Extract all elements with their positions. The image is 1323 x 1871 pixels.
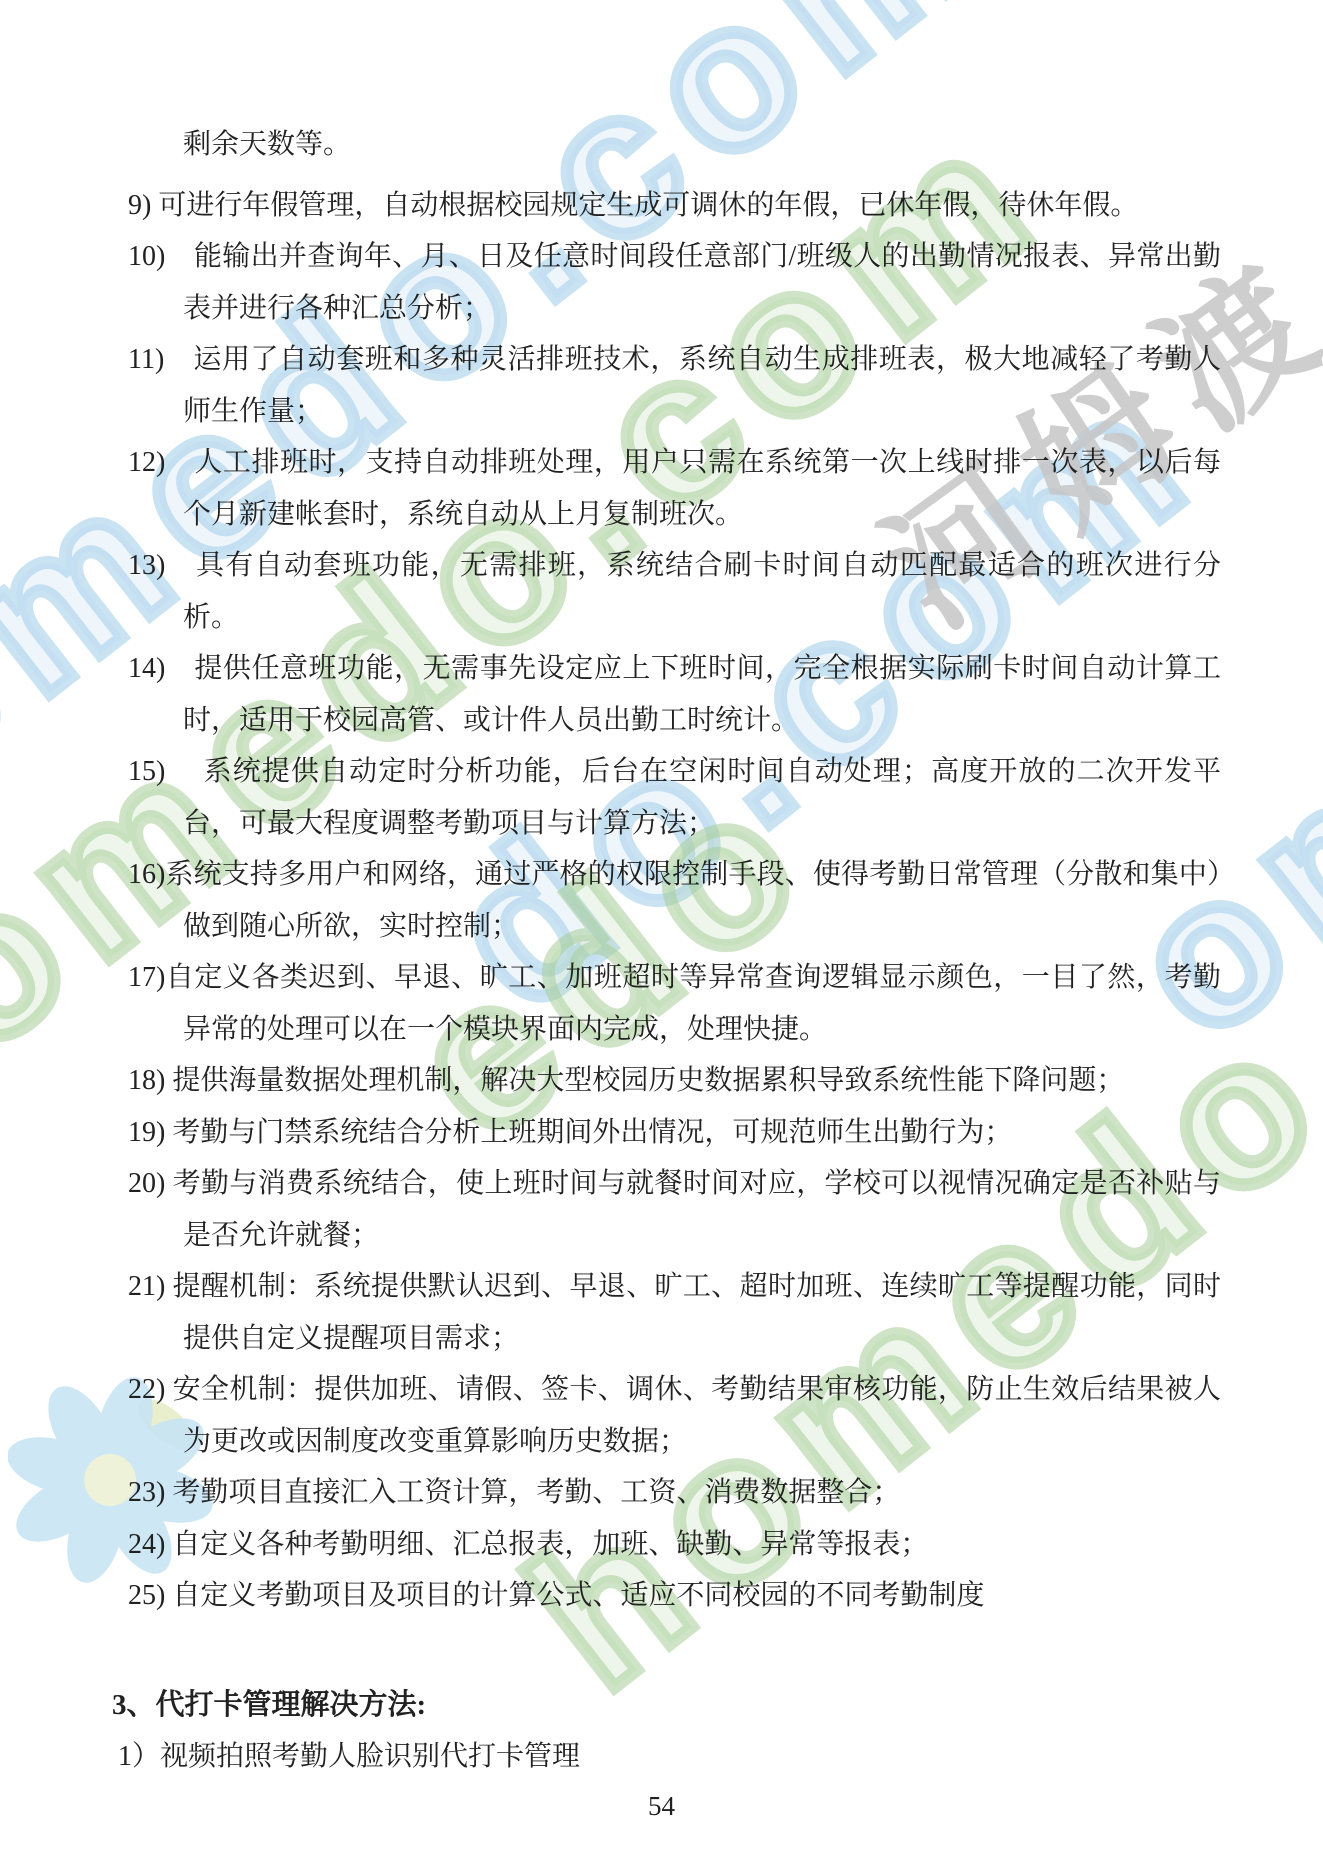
list-item-25: 25) 自定义考勤项目及项目的计算公式、适应不同校园的不同考勤制度: [103, 1570, 1221, 1622]
list-item-23: 23) 考勤项目直接汇入工资计算，考勤、工资、消费数据整合；: [103, 1467, 1221, 1519]
list-item-12: 12) 人工排班时，支持自动排班处理，用户只需在系统第一次上线时排一次表，以后每…: [103, 437, 1221, 540]
list-item-20: 20) 考勤与消费系统结合，使上班时间与就餐时间对应，学校可以视情况确定是否补贴…: [103, 1158, 1221, 1261]
document-page: homedo.com homedo.com do.com edo om home…: [0, 0, 1323, 1871]
document-body: 剩余天数等。 9) 可进行年假管理，自动根据校园规定生成可调休的年假，已休年假，…: [103, 119, 1221, 1783]
list-item-24: 24) 自定义各种考勤明细、汇总报表，加班、缺勤、异常等报表；: [103, 1519, 1221, 1571]
list-item-10: 10) 能输出并查询年、月、日及任意时间段任意部门/班级人的出勤情况报表、异常出…: [103, 231, 1221, 334]
list-item-19: 19) 考勤与门禁系统结合分析上班期间外出情况，可规范师生出勤行为；: [103, 1107, 1221, 1159]
section-heading: 3、代打卡管理解决方法:: [103, 1680, 1221, 1732]
list-item-22: 22) 安全机制：提供加班、请假、签卡、调休、考勤结果审核功能，防止生效后结果被…: [103, 1364, 1221, 1467]
page-number: 54: [0, 1791, 1323, 1822]
list-item-11: 11) 运用了自动套班和多种灵活排班技术，系统自动生成排班表，极大地减轻了考勤人…: [103, 334, 1221, 437]
list-item-13: 13) 具有自动套班功能，无需排班，系统结合刷卡时间自动匹配最适合的班次进行分析…: [103, 540, 1221, 643]
list-item-18: 18) 提供海量数据处理机制，解决大型校园历史数据累积导致系统性能下降问题；: [103, 1055, 1221, 1107]
list-item-16: 16)系统支持多用户和网络，通过严格的权限控制手段、使得考勤日常管理（分散和集中…: [103, 849, 1221, 952]
list-item-15: 15) 系统提供自动定时分析功能，后台在空闲时间自动处理；高度开放的二次开发平台…: [103, 746, 1221, 849]
list-item-14: 14) 提供任意班功能，无需事先设定应上下班时间，完全根据实际刷卡时间自动计算工…: [103, 643, 1221, 746]
list-item-9: 9) 可进行年假管理，自动根据校园规定生成可调休的年假，已休年假，待休年假。: [103, 180, 1221, 232]
text-line: 剩余天数等。: [103, 119, 1221, 171]
list-item-17: 17)自定义各类迟到、早退、旷工、加班超时等异常查询逻辑显示颜色，一目了然，考勤…: [103, 952, 1221, 1055]
list-item-21: 21) 提醒机制：系统提供默认迟到、早退、旷工、超时加班、连续旷工等提醒功能，同…: [103, 1261, 1221, 1364]
sub-list-item-1: 1）视频拍照考勤人脸识别代打卡管理: [103, 1731, 1221, 1783]
